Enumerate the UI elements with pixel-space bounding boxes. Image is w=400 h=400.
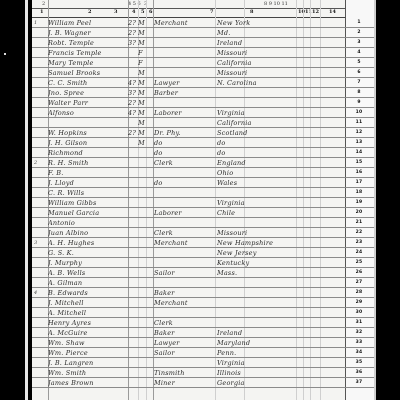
birthplace: [217, 218, 292, 228]
birthplace: Mass.: [217, 268, 292, 278]
occupation: Tinsmith: [154, 368, 214, 378]
occupation: do: [154, 148, 214, 158]
birthplace: [217, 98, 292, 108]
occupation: [154, 248, 214, 258]
dwelling-number: [34, 108, 48, 118]
sex: [138, 328, 148, 338]
dwelling-number: [34, 228, 48, 238]
person-name: Juan Albino: [48, 228, 136, 238]
person-name: Robt. Temple: [48, 38, 136, 48]
census-row: Samuel Brooks M Missouri 6: [32, 68, 374, 78]
occupation: Laborer: [154, 108, 214, 118]
dwelling-number: [34, 208, 48, 218]
sex: M: [138, 118, 148, 128]
dwelling-number: [34, 148, 48, 158]
occupation: [154, 28, 214, 38]
line-number: 24: [354, 248, 364, 258]
line-number: 32: [354, 328, 364, 338]
line-number: 1: [354, 18, 364, 28]
dwelling-number: [34, 258, 48, 268]
age: 3?: [128, 88, 138, 98]
census-row: J. Mitchell Merchant 29: [32, 298, 374, 308]
census-row: J. B. Wagner 2? M Md. 2: [32, 28, 374, 38]
age: 4?: [128, 78, 138, 88]
birthplace: [217, 278, 292, 288]
age: [128, 158, 138, 168]
sex: [138, 158, 148, 168]
birthplace: Ireland: [217, 38, 292, 48]
birthplace: Kentucky: [217, 258, 292, 268]
column-number-row: 1 2 3 4 5 6 7 8 10 11 12 14: [32, 8, 345, 18]
scan-speck: [4, 53, 6, 55]
occupation: do: [154, 178, 214, 188]
birthplace: Maryland: [217, 338, 292, 348]
column-number: 2: [88, 8, 91, 17]
census-row: Wm. Pierce Sailor Penn. 34: [32, 348, 374, 358]
census-row: Francis Temple F Missouri 4: [32, 48, 374, 58]
birthplace: New York: [217, 18, 292, 28]
birthplace: Virginia: [217, 358, 292, 368]
line-number: 2: [354, 28, 364, 38]
sex: [138, 368, 148, 378]
column-number: 3: [114, 8, 117, 17]
dwelling-number: [34, 28, 48, 38]
census-row: Walter Parr 2? M 9: [32, 98, 374, 108]
person-name: C. R. Wills: [48, 188, 136, 198]
birthplace: Penn.: [217, 348, 292, 358]
dwelling-number: [34, 328, 48, 338]
person-name: A. Gilman: [48, 278, 136, 288]
sex: M: [138, 98, 148, 108]
column-number: 7: [210, 8, 213, 17]
sex: [138, 278, 148, 288]
occupation: Lawyer: [154, 78, 214, 88]
age: [128, 248, 138, 258]
census-row: Jno. Spree 3? M Barber 8: [32, 88, 374, 98]
person-name: A. Mitchell: [48, 308, 136, 318]
line-number: 35: [354, 358, 364, 368]
dwelling-number: [34, 68, 48, 78]
line-number: 17: [354, 178, 364, 188]
person-name: G. S. K.: [48, 248, 136, 258]
occupation: Dr. Phy.: [154, 128, 214, 138]
line-number: 9: [354, 98, 364, 108]
age: [128, 278, 138, 288]
occupation: Miner: [154, 378, 214, 388]
person-name: A. H. Hughes: [48, 238, 136, 248]
birthplace: Missouri: [217, 68, 292, 78]
line-number: 6: [354, 68, 364, 78]
birthplace: [217, 308, 292, 318]
line-number: 28: [354, 288, 364, 298]
line-number: 18: [354, 188, 364, 198]
sex: M: [138, 108, 148, 118]
birthplace: Scotland: [217, 128, 292, 138]
occupation: [154, 98, 214, 108]
person-name: Wm. Shaw: [48, 338, 136, 348]
dwelling-number: [34, 178, 48, 188]
census-row: J. Murphy Kentucky 25: [32, 258, 374, 268]
age: [128, 168, 138, 178]
age: [128, 368, 138, 378]
occupation: [154, 68, 214, 78]
birthplace: N. Carolina: [217, 78, 292, 88]
person-name: W. Hopkins: [48, 128, 136, 138]
census-row: F. B. Ohio 16: [32, 168, 374, 178]
scan-border-right: [374, 0, 376, 400]
age: [128, 198, 138, 208]
birthplace: do: [217, 148, 292, 158]
sex: [138, 318, 148, 328]
dwelling-number: [34, 298, 48, 308]
dwelling-number: [34, 58, 48, 68]
age: [128, 318, 138, 328]
dwelling-number: 2: [34, 158, 48, 168]
census-row: Richmond do do 14: [32, 148, 374, 158]
age: 2?: [128, 28, 138, 38]
line-number: 20: [354, 208, 364, 218]
person-name: J. B. Wagner: [48, 28, 136, 38]
dwelling-number: [34, 188, 48, 198]
age: [128, 218, 138, 228]
dwelling-number: [34, 128, 48, 138]
line-number: 34: [354, 348, 364, 358]
line-number: 25: [354, 258, 364, 268]
census-row: A. Gilman 27: [32, 278, 374, 288]
person-name: James Brown: [48, 378, 136, 388]
age: [128, 308, 138, 318]
age: [128, 298, 138, 308]
column-number: 8: [250, 8, 253, 17]
column-number: 4: [132, 8, 135, 17]
census-row: 4 B. Edwards Baker 28: [32, 288, 374, 298]
person-name: [48, 118, 136, 128]
dwelling-number: 3: [34, 238, 48, 248]
census-row: William Gibbs Virginia 19: [32, 198, 374, 208]
dwelling-number: [34, 98, 48, 108]
census-row: Wm. Shaw Lawyer Maryland 33: [32, 338, 374, 348]
sex: [138, 248, 148, 258]
occupation: [154, 168, 214, 178]
line-number: 19: [354, 198, 364, 208]
occupation: [154, 258, 214, 268]
line-number: 4: [354, 48, 364, 58]
census-row: Juan Albino Clerk Missouri 22: [32, 228, 374, 238]
dwelling-number: [34, 268, 48, 278]
occupation: Clerk: [154, 158, 214, 168]
sex: [138, 378, 148, 388]
person-name: A. McGuire: [48, 328, 136, 338]
age: [128, 238, 138, 248]
dwelling-number: [34, 78, 48, 88]
sex: [138, 238, 148, 248]
column-number: 1: [40, 8, 43, 17]
age: [128, 208, 138, 218]
line-number: 7: [354, 78, 364, 88]
age: [128, 378, 138, 388]
sex: M: [138, 68, 148, 78]
census-row: Wm. Smith Tinsmith Illinois 36: [32, 368, 374, 378]
sex: M: [138, 88, 148, 98]
age: 4?: [128, 108, 138, 118]
census-row: Antonio 21: [32, 218, 374, 228]
sex: [138, 178, 148, 188]
occupation: Merchant: [154, 238, 214, 248]
birthplace: California: [217, 58, 292, 68]
person-name: Wm. Pierce: [48, 348, 136, 358]
dwelling-number: [34, 38, 48, 48]
column-number: 6: [149, 8, 152, 17]
sex: F: [138, 58, 148, 68]
line-number: 12: [354, 128, 364, 138]
occupation: [154, 278, 214, 288]
dwelling-number: 1: [34, 18, 48, 28]
line-number: 16: [354, 168, 364, 178]
occupation: [154, 218, 214, 228]
line-number: 10: [354, 108, 364, 118]
census-row: 2 R. H. Smith Clerk England 15: [32, 158, 374, 168]
birthplace: Virginia: [217, 198, 292, 208]
census-row: Manuel Garcia Laborer Chile 20: [32, 208, 374, 218]
sex: [138, 148, 148, 158]
person-name: J. B. Langren: [48, 358, 136, 368]
sex: M: [138, 38, 148, 48]
age: [128, 48, 138, 58]
birthplace: [217, 188, 292, 198]
age: 2?: [128, 18, 138, 28]
person-name: Jno. Spree: [48, 88, 136, 98]
person-name: William Gibbs: [48, 198, 136, 208]
line-number: 30: [354, 308, 364, 318]
line-number: 23: [354, 238, 364, 248]
line-number: 33: [354, 338, 364, 348]
age: [128, 228, 138, 238]
dwelling-number: [34, 168, 48, 178]
person-name: Manuel Garcia: [48, 208, 136, 218]
line-number: 27: [354, 278, 364, 288]
line-number: 36: [354, 368, 364, 378]
person-name: William Peel: [48, 18, 136, 28]
line-number: 5: [354, 58, 364, 68]
age: [128, 268, 138, 278]
person-name: R. H. Smith: [48, 158, 136, 168]
census-row: 1 William Peel 2? M Merchant New York 1: [32, 18, 374, 28]
birthplace: Illinois: [217, 368, 292, 378]
occupation: Baker: [154, 328, 214, 338]
occupation: Sailor: [154, 348, 214, 358]
occupation: [154, 118, 214, 128]
census-row: M California 11: [32, 118, 374, 128]
occupation: [154, 38, 214, 48]
birthplace: Ireland: [217, 328, 292, 338]
occupation: Lawyer: [154, 338, 214, 348]
birthplace: Wales: [217, 178, 292, 188]
header-mark: 2: [42, 0, 45, 8]
dwelling-number: [34, 88, 48, 98]
age: 2?: [128, 128, 138, 138]
person-name: Antonio: [48, 218, 136, 228]
line-number: 29: [354, 298, 364, 308]
dwelling-number: [34, 248, 48, 258]
person-name: Alfonso: [48, 108, 136, 118]
dwelling-number: [34, 278, 48, 288]
person-name: Samuel Brooks: [48, 68, 136, 78]
dwelling-number: [34, 338, 48, 348]
birthplace: [217, 88, 292, 98]
census-row: J. Lloyd do Wales 17: [32, 178, 374, 188]
dwelling-number: [34, 118, 48, 128]
age: 3?: [128, 38, 138, 48]
occupation: Barber: [154, 88, 214, 98]
age: 2?: [128, 98, 138, 108]
sex: [138, 208, 148, 218]
person-name: C. C. Smith: [48, 78, 136, 88]
birthplace: New Jersey: [217, 248, 292, 258]
occupation: [154, 308, 214, 318]
sex: [138, 288, 148, 298]
age: [128, 118, 138, 128]
dwelling-number: 4: [34, 288, 48, 298]
age: [128, 68, 138, 78]
dwelling-number: [34, 48, 48, 58]
dwelling-number: [34, 138, 48, 148]
age: [128, 328, 138, 338]
sex: F: [138, 48, 148, 58]
dwelling-number: [34, 218, 48, 228]
line-number: 8: [354, 88, 364, 98]
occupation: Clerk: [154, 318, 214, 328]
occupation: Merchant: [154, 298, 214, 308]
sex: M: [138, 28, 148, 38]
line-number: 13: [354, 138, 364, 148]
age: [128, 348, 138, 358]
line-number: 26: [354, 268, 364, 278]
sex: [138, 338, 148, 348]
line-number: 21: [354, 218, 364, 228]
line-number: 3: [354, 38, 364, 48]
age: [128, 288, 138, 298]
age: [128, 178, 138, 188]
sex: M: [138, 18, 148, 28]
occupation: [154, 188, 214, 198]
sex: [138, 188, 148, 198]
person-name: Henry Ayres: [48, 318, 136, 328]
person-name: J. Murphy: [48, 258, 136, 268]
birthplace: New Hampshire: [217, 238, 292, 248]
dwelling-number: [34, 368, 48, 378]
age: [128, 148, 138, 158]
birthplace: Georgia: [217, 378, 292, 388]
census-row: J. B. Langren Virginia 35: [32, 358, 374, 368]
census-row: G. S. K. New Jersey 24: [32, 248, 374, 258]
birthplace: Missouri: [217, 48, 292, 58]
dwelling-number: [34, 308, 48, 318]
census-row: A. B. Wells Sailor Mass. 26: [32, 268, 374, 278]
sex: [138, 198, 148, 208]
sex: M: [138, 78, 148, 88]
dwelling-number: [34, 358, 48, 368]
age: [128, 338, 138, 348]
line-number: 11: [354, 118, 364, 128]
birthplace: California: [217, 118, 292, 128]
birthplace: Chile: [217, 208, 292, 218]
sex: [138, 168, 148, 178]
occupation: [154, 198, 214, 208]
census-rows: 1 William Peel 2? M Merchant New York 1 …: [32, 18, 374, 388]
occupation: Merchant: [154, 18, 214, 28]
census-row: W. Hopkins 2? M Dr. Phy. Scotland 12: [32, 128, 374, 138]
birthplace: Virginia: [217, 108, 292, 118]
sex: M: [138, 128, 148, 138]
scan-border-left: [25, 0, 28, 400]
person-name: Richmond: [48, 148, 136, 158]
sex: [138, 358, 148, 368]
occupation: Sailor: [154, 268, 214, 278]
sex: M: [138, 138, 148, 148]
person-name: A. B. Wells: [48, 268, 136, 278]
census-row: J. H. Gilson M do do 13: [32, 138, 374, 148]
person-name: Walter Parr: [48, 98, 136, 108]
sex: [138, 228, 148, 238]
dwelling-number: [34, 318, 48, 328]
sex: [138, 218, 148, 228]
line-number: 37: [354, 378, 364, 388]
line-number: 14: [354, 148, 364, 158]
occupation: Laborer: [154, 208, 214, 218]
occupation: [154, 358, 214, 368]
census-page: 2 3 4 5 6 8 9 10 11 1 2 3 4 5 6 7 8 10 1…: [32, 0, 374, 400]
age: [128, 138, 138, 148]
sex: [138, 348, 148, 358]
census-row: C. C. Smith 4? M Lawyer N. Carolina 7: [32, 78, 374, 88]
census-row: A. McGuire Baker Ireland 32: [32, 328, 374, 338]
column-number: 12: [312, 8, 319, 17]
person-name: J. H. Gilson: [48, 138, 136, 148]
column-number: 14: [329, 8, 336, 17]
sex: [138, 258, 148, 268]
person-name: J. Mitchell: [48, 298, 136, 308]
occupation: [154, 58, 214, 68]
person-name: F. B.: [48, 168, 136, 178]
column-number: 5: [141, 8, 144, 17]
person-name: Francis Temple: [48, 48, 136, 58]
line-number: 22: [354, 228, 364, 238]
sex: [138, 268, 148, 278]
sex: [138, 298, 148, 308]
census-row: C. R. Wills 18: [32, 188, 374, 198]
occupation: Clerk: [154, 228, 214, 238]
age: [128, 358, 138, 368]
age: [128, 258, 138, 268]
occupation: do: [154, 138, 214, 148]
birthplace: Ohio: [217, 168, 292, 178]
census-row: James Brown Miner Georgia 37: [32, 378, 374, 388]
line-number: 31: [354, 318, 364, 328]
person-name: B. Edwards: [48, 288, 136, 298]
dwelling-number: [34, 348, 48, 358]
sex: [138, 308, 148, 318]
occupation: Baker: [154, 288, 214, 298]
census-row: Robt. Temple 3? M Ireland 3: [32, 38, 374, 48]
person-name: J. Lloyd: [48, 178, 136, 188]
person-name: Wm. Smith: [48, 368, 136, 378]
census-row: Mary Temple F California 5: [32, 58, 374, 68]
birthplace: Md.: [217, 28, 292, 38]
census-row: Alfonso 4? M Laborer Virginia 10: [32, 108, 374, 118]
person-name: Mary Temple: [48, 58, 136, 68]
birthplace: [217, 318, 292, 328]
occupation: [154, 48, 214, 58]
